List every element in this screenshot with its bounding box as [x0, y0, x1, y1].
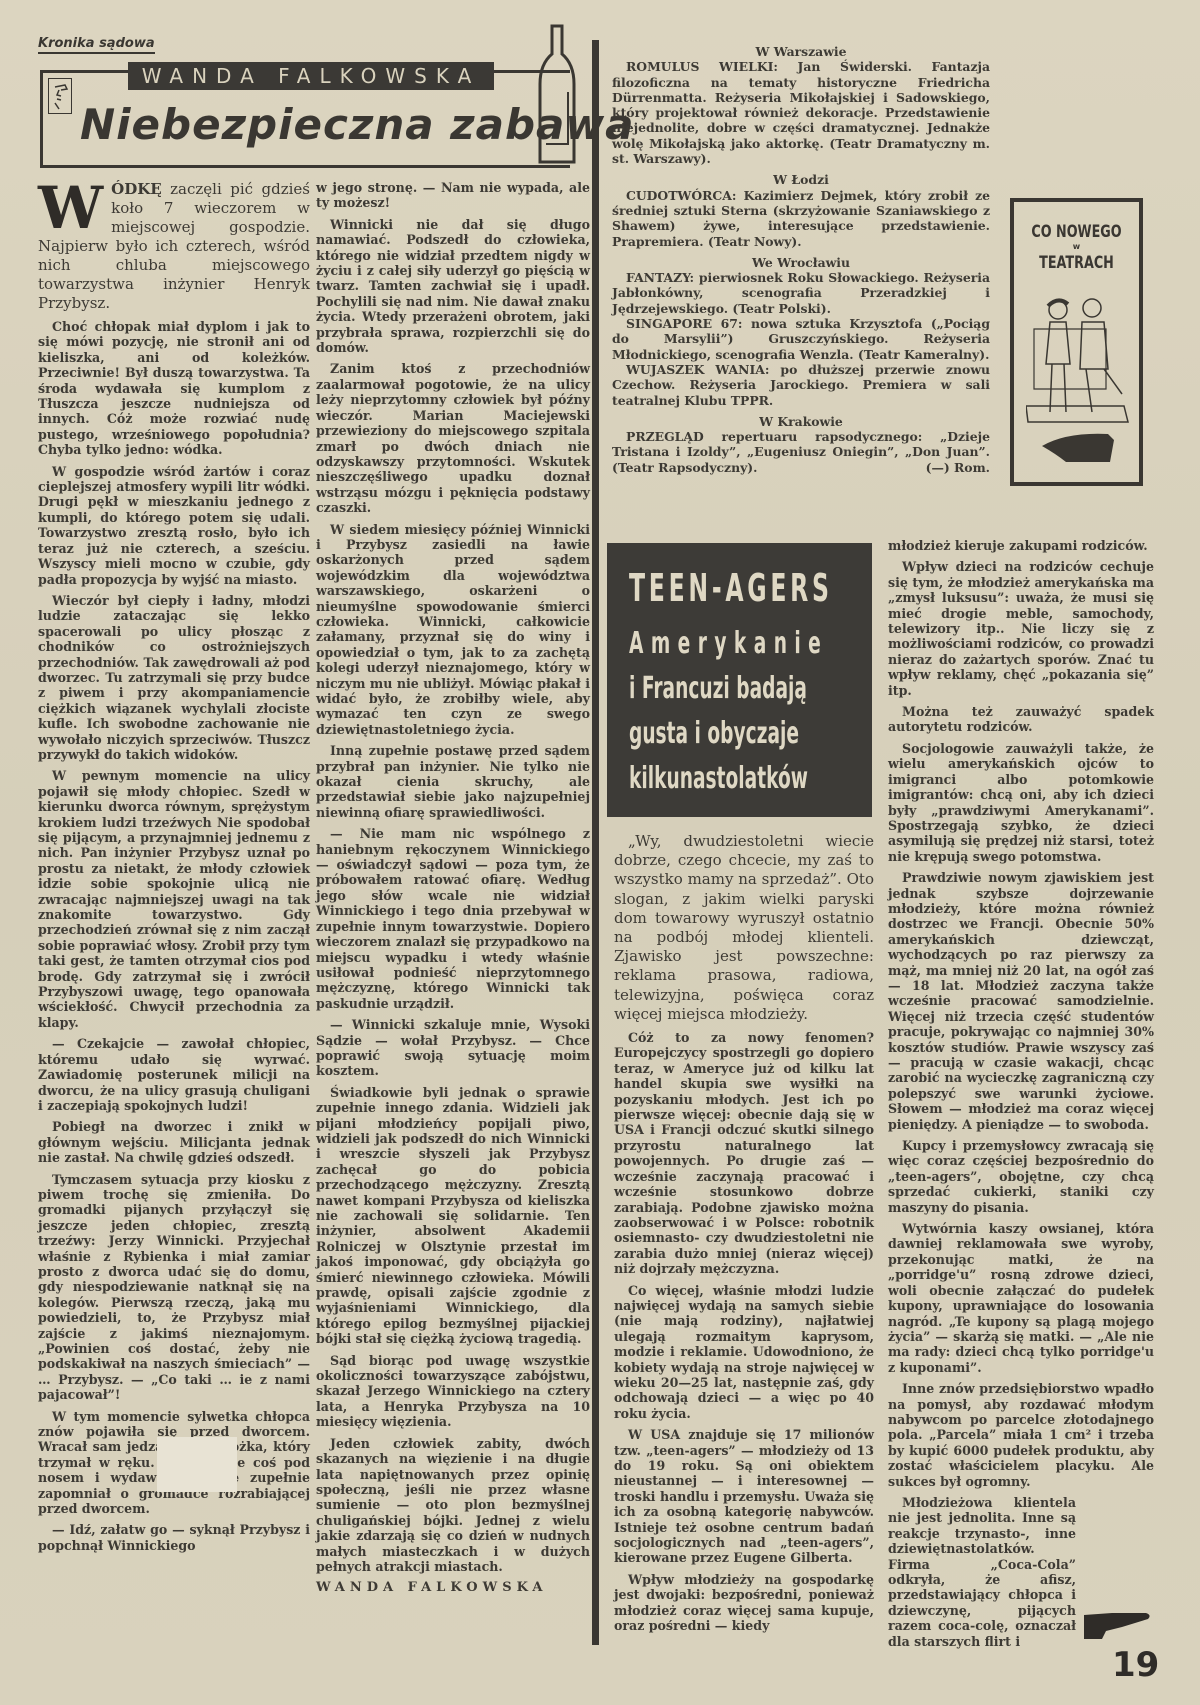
- paragraph: Inną zupełnie postawę przed sądem przybr…: [316, 743, 590, 820]
- headline-sub-4: kilkunastolatków: [629, 756, 770, 801]
- city-heading: W Warszawie: [612, 44, 990, 59]
- paragraph: W pewnym momencie na ulicy pojawił się m…: [38, 768, 310, 1030]
- author-bar: WANDA FALKOWSKA: [128, 62, 494, 90]
- paragraph: — Nie mam nic wspólnego z haniebnym ręko…: [316, 826, 590, 1011]
- lead-first-word: ÓDKĘ: [111, 180, 162, 198]
- listing: CUDOTWÓRCA: Kazimierz Dejmek, który zrob…: [612, 188, 990, 249]
- headline-sub-2: i Francuzi badają: [629, 666, 770, 711]
- paragraph: Kupcy i przemysłowcy zwracają się więc c…: [888, 1138, 1154, 1215]
- paragraph: Świadkowie byli jednak o sprawie zupełni…: [316, 1085, 590, 1347]
- page-number: 19: [1112, 1645, 1159, 1685]
- article-column-2: w jego stronę. — Nam nie wypada, ale ty …: [316, 180, 590, 1602]
- box-title-1: CO NOWEGO: [1030, 222, 1124, 242]
- box-title-2: TEATRACH: [1030, 253, 1124, 273]
- listing: ROMULUS WIELKI: Jan Świderski. Fantazja …: [612, 59, 990, 166]
- paragraph: W gospodzie wśród żartów i coraz cieplej…: [38, 464, 310, 587]
- city-heading: W Łodzi: [612, 172, 990, 187]
- paragraph: — Czekajcie — zawołał chłopiec, któremu …: [38, 1036, 310, 1113]
- theatre-illustration-box: CO NOWEGO w TEATRACH: [1010, 198, 1143, 486]
- paragraph: Cóż to za nowy fenomen? Europejczycy spo…: [614, 1030, 874, 1277]
- author-signature: WANDA FALKOWSKA: [316, 1580, 590, 1595]
- paragraph: Choć chłopak miał dyplom i jak to się mó…: [38, 319, 310, 458]
- headline-sub-1: Amerykanie: [629, 621, 770, 666]
- article-column-3: „Wy, dwudziestoletni wiecie dobrze, czeg…: [614, 832, 874, 1639]
- paragraph: Zanim ktoś z przechodniów zaalarmował po…: [316, 361, 590, 515]
- paragraph: w jego stronę. — Nam nie wypada, ale ty …: [316, 180, 590, 211]
- paragraph: Wpływ dzieci na rodziców cechuje się tym…: [888, 559, 1154, 698]
- paragraph: Pobiegł na dworzec i znikł w głównym wej…: [38, 1119, 310, 1165]
- face-sketch-icon: [48, 78, 72, 114]
- paragraph: Sąd biorąc pod uwagę wszystkie okoliczno…: [316, 1353, 590, 1430]
- paragraph: W USA znajduje się 17 milionów tzw. „tee…: [614, 1427, 874, 1566]
- paragraph: Prawdziwie nowym zjawiskiem jest jednak …: [888, 870, 1154, 1132]
- theatre-listings: W Warszawie ROMULUS WIELKI: Jan Świdersk…: [612, 44, 990, 475]
- listing: FANTAZY: pierwiosnek Roku Słowackiego. R…: [612, 270, 990, 316]
- column-divider: [592, 40, 599, 1645]
- box-title-small: w: [1014, 242, 1139, 251]
- section-label: Kronika sądowa: [38, 36, 155, 54]
- newspaper-page: Kronika sądowa WANDA FALKOWSKA Niebezpie…: [0, 0, 1200, 1705]
- paragraph: — Idź, załatw go — syknął Przybysz i pop…: [38, 1522, 310, 1553]
- drop-cap: W: [38, 184, 103, 232]
- paragraph: Wytwórnia kaszy owsianej, która dawniej …: [888, 1221, 1154, 1375]
- teen-agers-headline-box: TEEN-AGERS Amerykanie i Francuzi badają …: [607, 543, 872, 817]
- paragraph: „Wy, dwudziestoletni wiecie dobrze, czeg…: [614, 832, 874, 1024]
- paper-damage-patch: [157, 1437, 237, 1492]
- paragraph: Jeden człowiek zabity, dwóch skazanych n…: [316, 1436, 590, 1575]
- city-heading: We Wrocławiu: [612, 255, 990, 270]
- lead-paragraph: W ÓDKĘ zaczęli pić gdzieś koło 7 wieczor…: [38, 180, 310, 313]
- headline-main: TEEN-AGERS: [629, 565, 770, 611]
- paragraph: Wpływ młodzieży na gospodarkę jest dwoja…: [614, 1572, 874, 1634]
- headline-sub-3: gusta i obyczaje: [629, 711, 770, 756]
- paragraph: młodzież kieruje zakupami rodziców.: [888, 538, 1154, 553]
- paragraph: Można też zauważyć spadek autorytetu rod…: [888, 704, 1154, 735]
- paragraph: Inne znów przedsiębiorstwo wpadło na pom…: [888, 1381, 1154, 1489]
- paragraph: W siedem miesięcy później Winnicki i Prz…: [316, 522, 590, 738]
- article-column-1: W ÓDKĘ zaczęli pić gdzieś koło 7 wieczor…: [38, 180, 310, 1559]
- listing: WUJASZEK WANIA: po dłuższej przerwie zno…: [612, 362, 990, 408]
- paragraph: Wieczór był ciepły i ładny, młodzi ludzi…: [38, 593, 310, 762]
- paragraph: — Winnicki szkaluje mnie, Wysoki Sądzie …: [316, 1017, 590, 1079]
- paragraph: Winnicki nie dał się długo namawiać. Pod…: [316, 217, 590, 356]
- listing: SINGAPORE 67: nowa sztuka Krzysztofa („P…: [612, 316, 990, 362]
- paragraph: Socjologowie zauważyli także, że wielu a…: [888, 741, 1154, 864]
- paragraph: Tymczasem sytuacja przy kiosku z piwem t…: [38, 1172, 310, 1403]
- audience-couple-icon: [1026, 294, 1131, 474]
- city-heading: W Krakowie: [612, 414, 990, 429]
- paragraph: Co więcej, właśnie młodzi ludzie najwięc…: [614, 1283, 874, 1422]
- article-column-4: młodzież kieruje zakupami rodziców. Wpły…: [888, 538, 1154, 1655]
- bottle-icon: [538, 24, 576, 164]
- pointing-hand-icon: [1082, 1609, 1152, 1641]
